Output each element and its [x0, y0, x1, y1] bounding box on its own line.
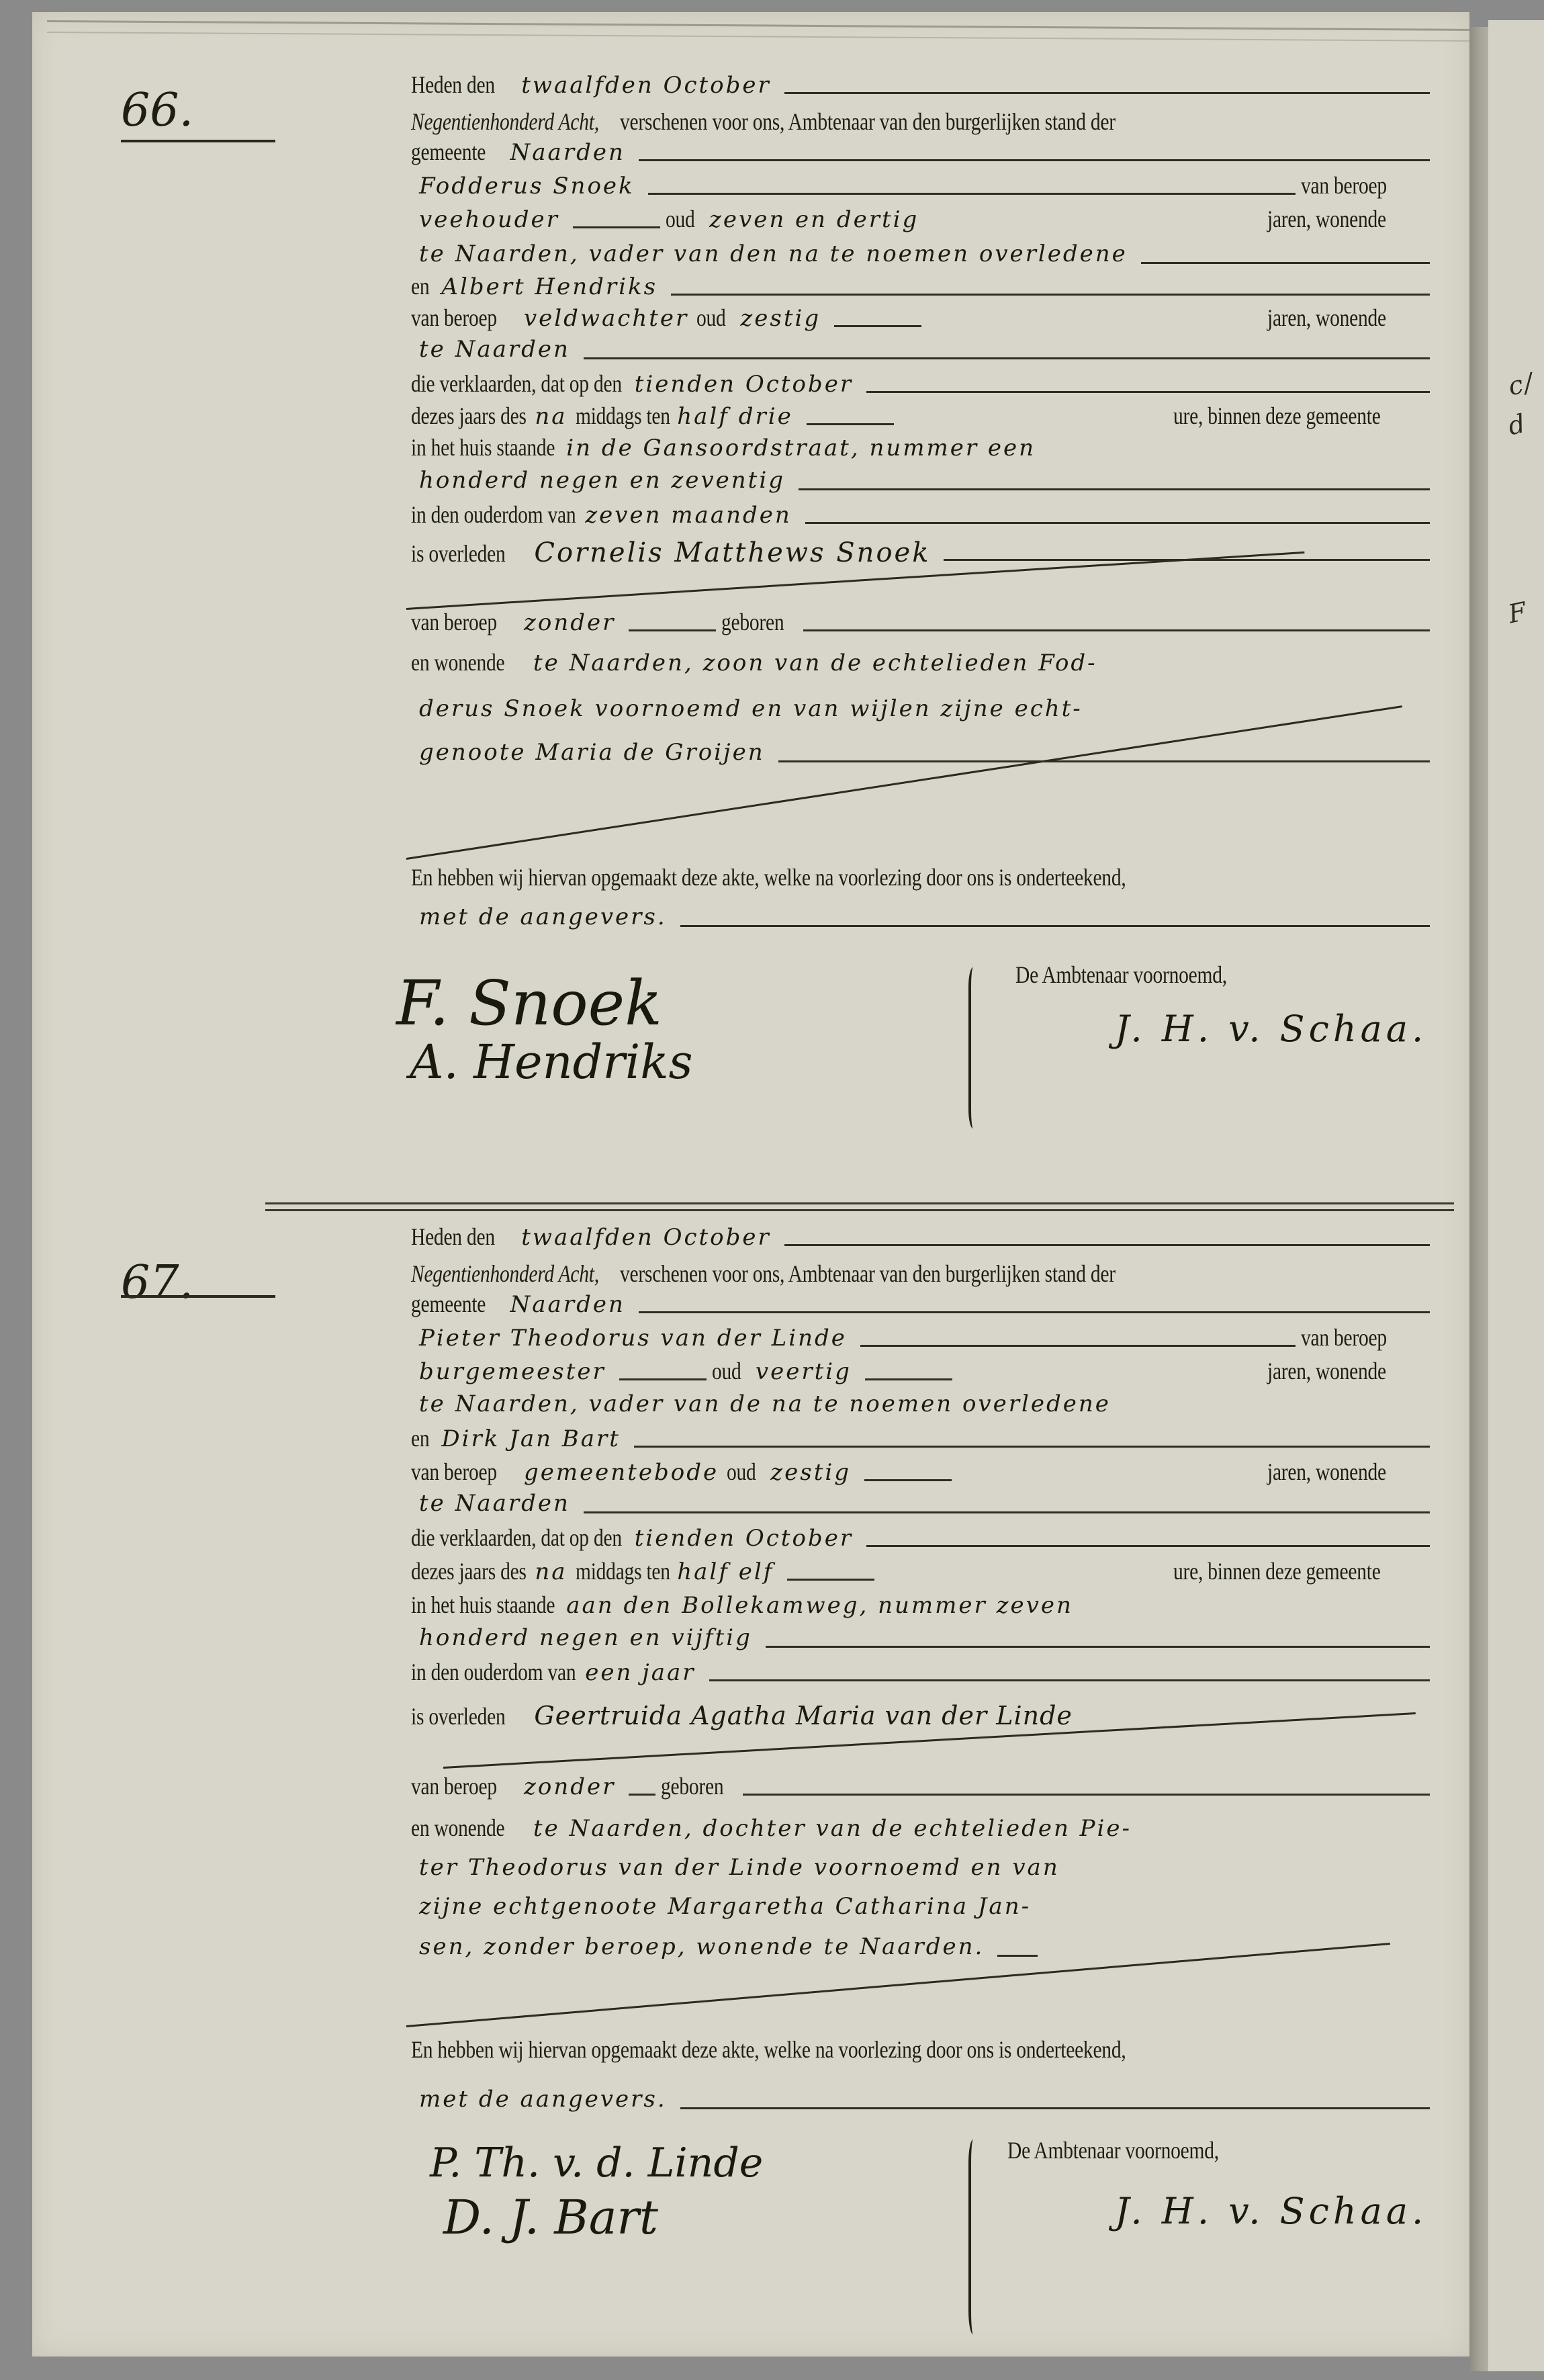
- form-line-death-time: dezes jaars des na middags ten half elf …: [411, 1557, 1435, 1595]
- closing-statement: En hebben wij hiervan opgemaakt deze akt…: [411, 863, 1445, 891]
- entry-separator: [265, 1202, 1454, 1204]
- house-address: in de Gansoordstraat, nummer een: [566, 435, 1036, 461]
- form-line-declarant1-age: veehouder oud zeven en dertig jaren, won…: [411, 205, 1435, 243]
- form-line-occupation: van beroep zonder geboren: [411, 1772, 1435, 1810]
- form-line-gemeente: gemeente Naarden: [411, 138, 1435, 175]
- act-date: twaalfden October: [521, 1224, 771, 1251]
- official-signature: J. H. v. Schaa.: [1115, 1008, 1427, 1050]
- entry-number-underline: [121, 140, 275, 142]
- declarant2-name: Dirk Jan Bart: [441, 1425, 621, 1452]
- form-line-gemeente: gemeente Naarden: [411, 1290, 1435, 1327]
- house-address-cont: honderd negen en zeventig: [419, 467, 785, 494]
- form-line-declarant1-residence: te Naarden, vader van de na te noemen ov…: [411, 1391, 1435, 1428]
- form-line-signed-with: met de aangevers.: [411, 903, 1435, 941]
- declarant1-residence: te Naarden, vader van de na te noemen ov…: [419, 1391, 1111, 1417]
- form-line-house-cont: honderd negen en vijftig: [411, 1624, 1435, 1662]
- declarant1-age: zeven en dertig: [709, 206, 919, 233]
- official-title: De Ambtenaar voornoemd,: [1007, 2136, 1265, 2164]
- margin-mark: c/: [1506, 367, 1537, 402]
- declarant2-age: zestig: [770, 1459, 851, 1486]
- day-part: na: [535, 403, 567, 430]
- act-date: twaalfden October: [521, 72, 771, 99]
- deceased-occupation: zonder: [524, 1773, 615, 1800]
- form-line-house-cont: honderd negen en zeventig: [411, 467, 1435, 504]
- deceased-name: Cornelis Matthews Snoek: [534, 537, 930, 568]
- parents-line-1: te Naarden, dochter van de echtelieden P…: [533, 1815, 1132, 1842]
- declarant-signature: D. J. Bart: [443, 2190, 658, 2245]
- form-line-age: in den ouderdom van zeven maanden: [411, 500, 1435, 538]
- declarant-signature: F. Snoek: [396, 967, 662, 1039]
- form-line-declarant1: Fodderus Snoek van beroep: [411, 171, 1435, 209]
- death-hour: half elf: [677, 1558, 774, 1585]
- day-part: na: [535, 1558, 567, 1585]
- declarant2-name: Albert Hendriks: [441, 273, 657, 300]
- declarant2-residence: te Naarden: [419, 1490, 570, 1517]
- declarant1-occupation: veehouder: [419, 206, 559, 233]
- declarant1-age: veertig: [756, 1358, 852, 1385]
- parents-line-2: derus Snoek voornoemd en van wijlen zijn…: [419, 695, 1083, 722]
- form-line-date: Heden den twaalfden October: [411, 1223, 1435, 1260]
- entry-separator: [265, 1209, 1454, 1211]
- margin-mark: d: [1506, 408, 1529, 441]
- declarant-signature: P. Th. v. d. Linde: [430, 2140, 763, 2187]
- declarant1-residence: te Naarden, vader van den na te noemen o…: [419, 240, 1128, 267]
- form-line-declarant1-age: burgemeester oud veertig jaren, wonende: [411, 1357, 1435, 1395]
- form-line-house: in het huis staande in de Gansoordstraat…: [411, 433, 1435, 471]
- form-line-residence: en wonende te Naarden, dochter van de ec…: [411, 1814, 1435, 1851]
- entry-number: 67.: [121, 1256, 193, 1309]
- parents-line-2: ter Theodorus van der Linde voornoemd en…: [419, 1854, 1060, 1881]
- form-line-age: in den ouderdom van een jaar: [411, 1658, 1435, 1695]
- form-line-declarant1: Pieter Theodorus van der Linde van beroe…: [411, 1323, 1435, 1361]
- signed-with: met de aangevers.: [419, 2086, 667, 2113]
- form-line-parents-2: derus Snoek voornoemd en van wijlen zijn…: [411, 695, 1435, 733]
- declarant1-name: Fodderus Snoek: [419, 173, 635, 200]
- form-line-parents-3: zijne echtgenoote Margaretha Catharina J…: [411, 1893, 1435, 1931]
- declarant-signature: A. Hendriks: [410, 1034, 693, 1090]
- form-line-occupation: van beroep zonder geboren: [411, 608, 1435, 646]
- death-hour: half drie: [677, 403, 792, 430]
- official-title: De Ambtenaar voornoemd,: [1015, 961, 1273, 989]
- deceased-age: een jaar: [585, 1659, 695, 1686]
- form-line-date: Heden den twaalfden October: [411, 71, 1435, 108]
- deceased-name: Geertruida Agatha Maria van der Linde: [534, 1701, 1073, 1730]
- entry-number: 66.: [121, 84, 193, 137]
- death-date: tienden October: [635, 371, 853, 398]
- margin-mark: F: [1506, 597, 1531, 629]
- parents-line-4: sen, zonder beroep, wonende te Naarden.: [419, 1933, 984, 1960]
- death-date: tienden October: [635, 1525, 853, 1552]
- form-line-death-date: die verklaarden, dat op den tienden Octo…: [411, 1524, 1435, 1561]
- next-page-edge: c/ d F: [1488, 20, 1544, 2371]
- declarant2-occupation: gemeentebode: [524, 1459, 719, 1486]
- parents-line-1: te Naarden, zoon van de echtelieden Fod-: [533, 650, 1097, 676]
- form-line-declarant2-residence: te Naarden: [411, 1490, 1435, 1528]
- declarant2-residence: te Naarden: [419, 336, 570, 363]
- house-address: aan den Bollekamweg, nummer zeven: [566, 1592, 1073, 1619]
- form-line-parents-2: ter Theodorus van der Linde voornoemd en…: [411, 1854, 1435, 1892]
- form-line-parents-3: genoote Maria de Groijen: [411, 739, 1435, 777]
- municipality: Naarden: [510, 139, 625, 166]
- signed-with: met de aangevers.: [419, 903, 667, 930]
- declarant2-occupation: veldwachter: [524, 305, 688, 332]
- parents-line-3: genoote Maria de Groijen: [419, 739, 765, 766]
- deceased-age: zeven maanden: [585, 502, 792, 529]
- form-line-house: in het huis staande aan den Bollekamweg,…: [411, 1591, 1435, 1628]
- house-address-cont: honderd negen en vijftig: [419, 1624, 752, 1651]
- form-line-residence: en wonende te Naarden, zoon van de echte…: [411, 648, 1435, 686]
- closing-statement: En hebben wij hiervan opgemaakt deze akt…: [411, 2035, 1445, 2064]
- form-line-signed-with: met de aangevers.: [411, 2086, 1435, 2123]
- form-line-declarant2-residence: te Naarden: [411, 336, 1435, 373]
- official-signature: J. H. v. Schaa.: [1115, 2190, 1427, 2232]
- signature-brace: [968, 2140, 978, 2334]
- form-line-declarant2: en Dirk Jan Bart: [411, 1424, 1435, 1462]
- municipality: Naarden: [510, 1291, 625, 1318]
- declarant1-occupation: burgemeester: [419, 1358, 606, 1385]
- deceased-occupation: zonder: [524, 609, 615, 636]
- signature-brace: [968, 967, 978, 1129]
- entry-number-underline: [121, 1295, 275, 1298]
- book-gutter: [1469, 27, 1488, 2371]
- form-line-deceased: is overleden Cornelis Matthews Snoek: [411, 537, 1435, 575]
- declarant1-name: Pieter Theodorus van der Linde: [419, 1325, 847, 1352]
- parents-line-3: zijne echtgenoote Margaretha Catharina J…: [419, 1893, 1031, 1920]
- declarant2-age: zestig: [740, 305, 821, 332]
